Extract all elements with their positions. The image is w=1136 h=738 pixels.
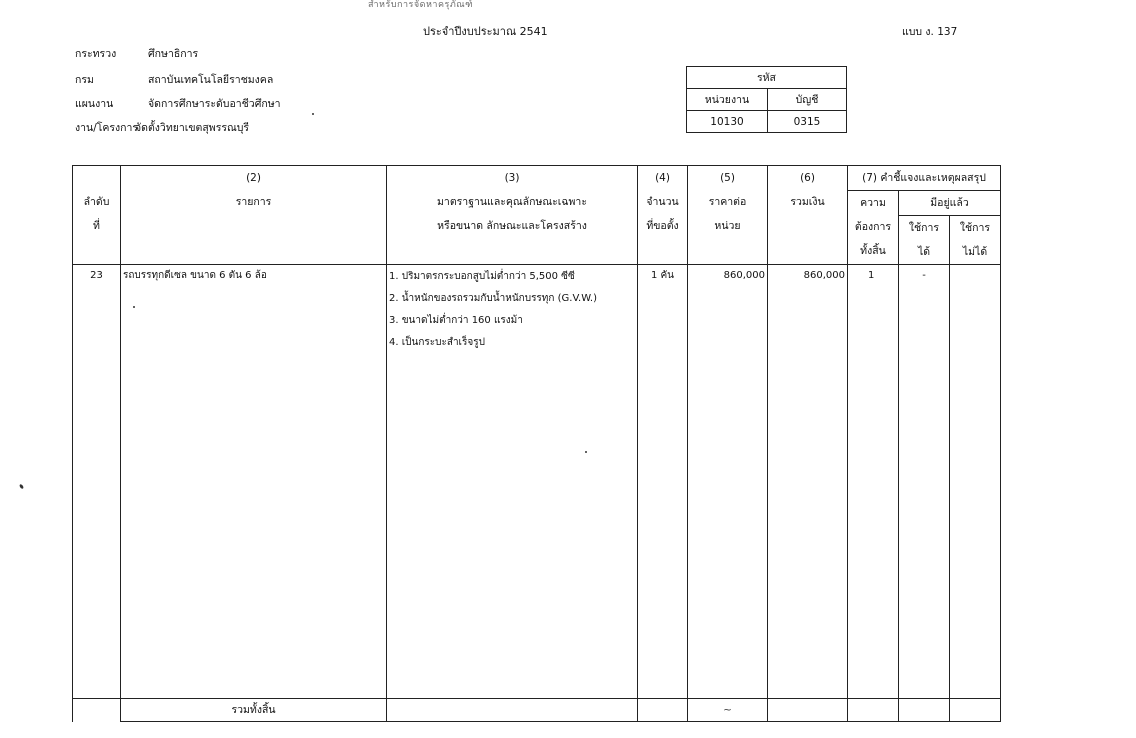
plan-label: แผนงาน	[75, 95, 113, 112]
total-row: รวมทั้งสิ้น ~	[73, 699, 1001, 722]
row-item: รถบรรทุกดีเซล ขนาด 6 ตัน 6 ล้อ	[121, 265, 386, 287]
plan-value: จัดการศึกษาระดับอาชีวศึกษา	[148, 95, 281, 112]
ministry-label: กระทรวง	[75, 45, 116, 62]
total-mark: ~	[688, 699, 768, 722]
unit-code: 10130	[687, 111, 768, 133]
project-label: งาน/โครงการ	[75, 119, 138, 136]
budget-item-table: ลำดับ ที่ (2) รายการ (3) มาตราฐานและคุณล…	[72, 165, 1001, 722]
account-code: 0315	[768, 111, 847, 133]
header-unusable: ใช้การ ไม่ได้	[950, 216, 1001, 265]
unit-label: หน่วยงาน	[687, 89, 768, 111]
scan-artifact	[19, 484, 24, 490]
scan-artifact	[585, 451, 587, 453]
header-specs: (3) มาตราฐานและคุณลักษณะเฉพาะ หรือขนาด ล…	[387, 166, 638, 265]
row-total: 860,000	[768, 265, 847, 287]
project-value: จัดตั้งวิทยาเขตสุพรรณบุรี	[135, 119, 249, 136]
row-unit-price: 860,000	[688, 265, 767, 287]
department-label: กรม	[75, 71, 94, 88]
spec-line: 3. ขนาดไม่ต่ำกว่า 160 แรงม้า	[387, 310, 637, 332]
fiscal-year-title: ประจำปีงบประมาณ 2541	[423, 22, 548, 40]
code-title: รหัส	[687, 67, 847, 89]
grand-total-label: รวมทั้งสิ้น	[121, 699, 387, 722]
faded-header-text: สำหรับการจัดหาครุภัณฑ์	[368, 0, 473, 11]
scan-artifact	[133, 306, 135, 308]
header-total: (6) รวมเงิน	[768, 166, 848, 265]
header-quantity: (4) จำนวน ที่ขอตั้ง	[638, 166, 688, 265]
department-value: สถาบันเทคโนโลยีราชมงคล	[148, 71, 273, 88]
table-row: 23 รถบรรทุกดีเซล ขนาด 6 ตัน 6 ล้อ 1. ปริ…	[73, 265, 1001, 699]
header-sequence: ลำดับ ที่	[73, 166, 121, 265]
scan-artifact	[312, 113, 314, 115]
code-table: รหัส หน่วยงาน บัญชี 10130 0315	[686, 66, 847, 133]
spec-line: 4. เป็นกระบะสำเร็จรูป	[387, 332, 637, 354]
header-unit-price: (5) ราคาต่อ หน่วย	[688, 166, 768, 265]
spec-line: 1. ปริมาตรกระบอกสูบไม่ต่ำกว่า 5,500 ซีซี	[387, 266, 637, 288]
row-usable: -	[899, 265, 949, 287]
header-total-need: ความ ต้องการ ทั้งสิ้น	[848, 191, 899, 265]
ministry-value: ศึกษาธิการ	[148, 45, 198, 62]
row-unusable	[950, 265, 1000, 287]
row-quantity: 1 คัน	[638, 265, 687, 287]
header-usable: ใช้การ ได้	[899, 216, 950, 265]
row-total-need: 1	[848, 265, 898, 287]
form-number: แบบ ง. 137	[902, 23, 957, 40]
row-number: 23	[73, 265, 120, 287]
header-existing: มีอยู่แล้ว	[899, 191, 1001, 216]
header-explanation: (7) คำชี้แจงและเหตุผลสรุป	[848, 166, 1001, 191]
header-item: (2) รายการ	[121, 166, 387, 265]
account-label: บัญชี	[768, 89, 847, 111]
spec-line: 2. น้ำหนักของรถรวมกับน้ำหนักบรรทุก (G.V.…	[387, 288, 637, 310]
